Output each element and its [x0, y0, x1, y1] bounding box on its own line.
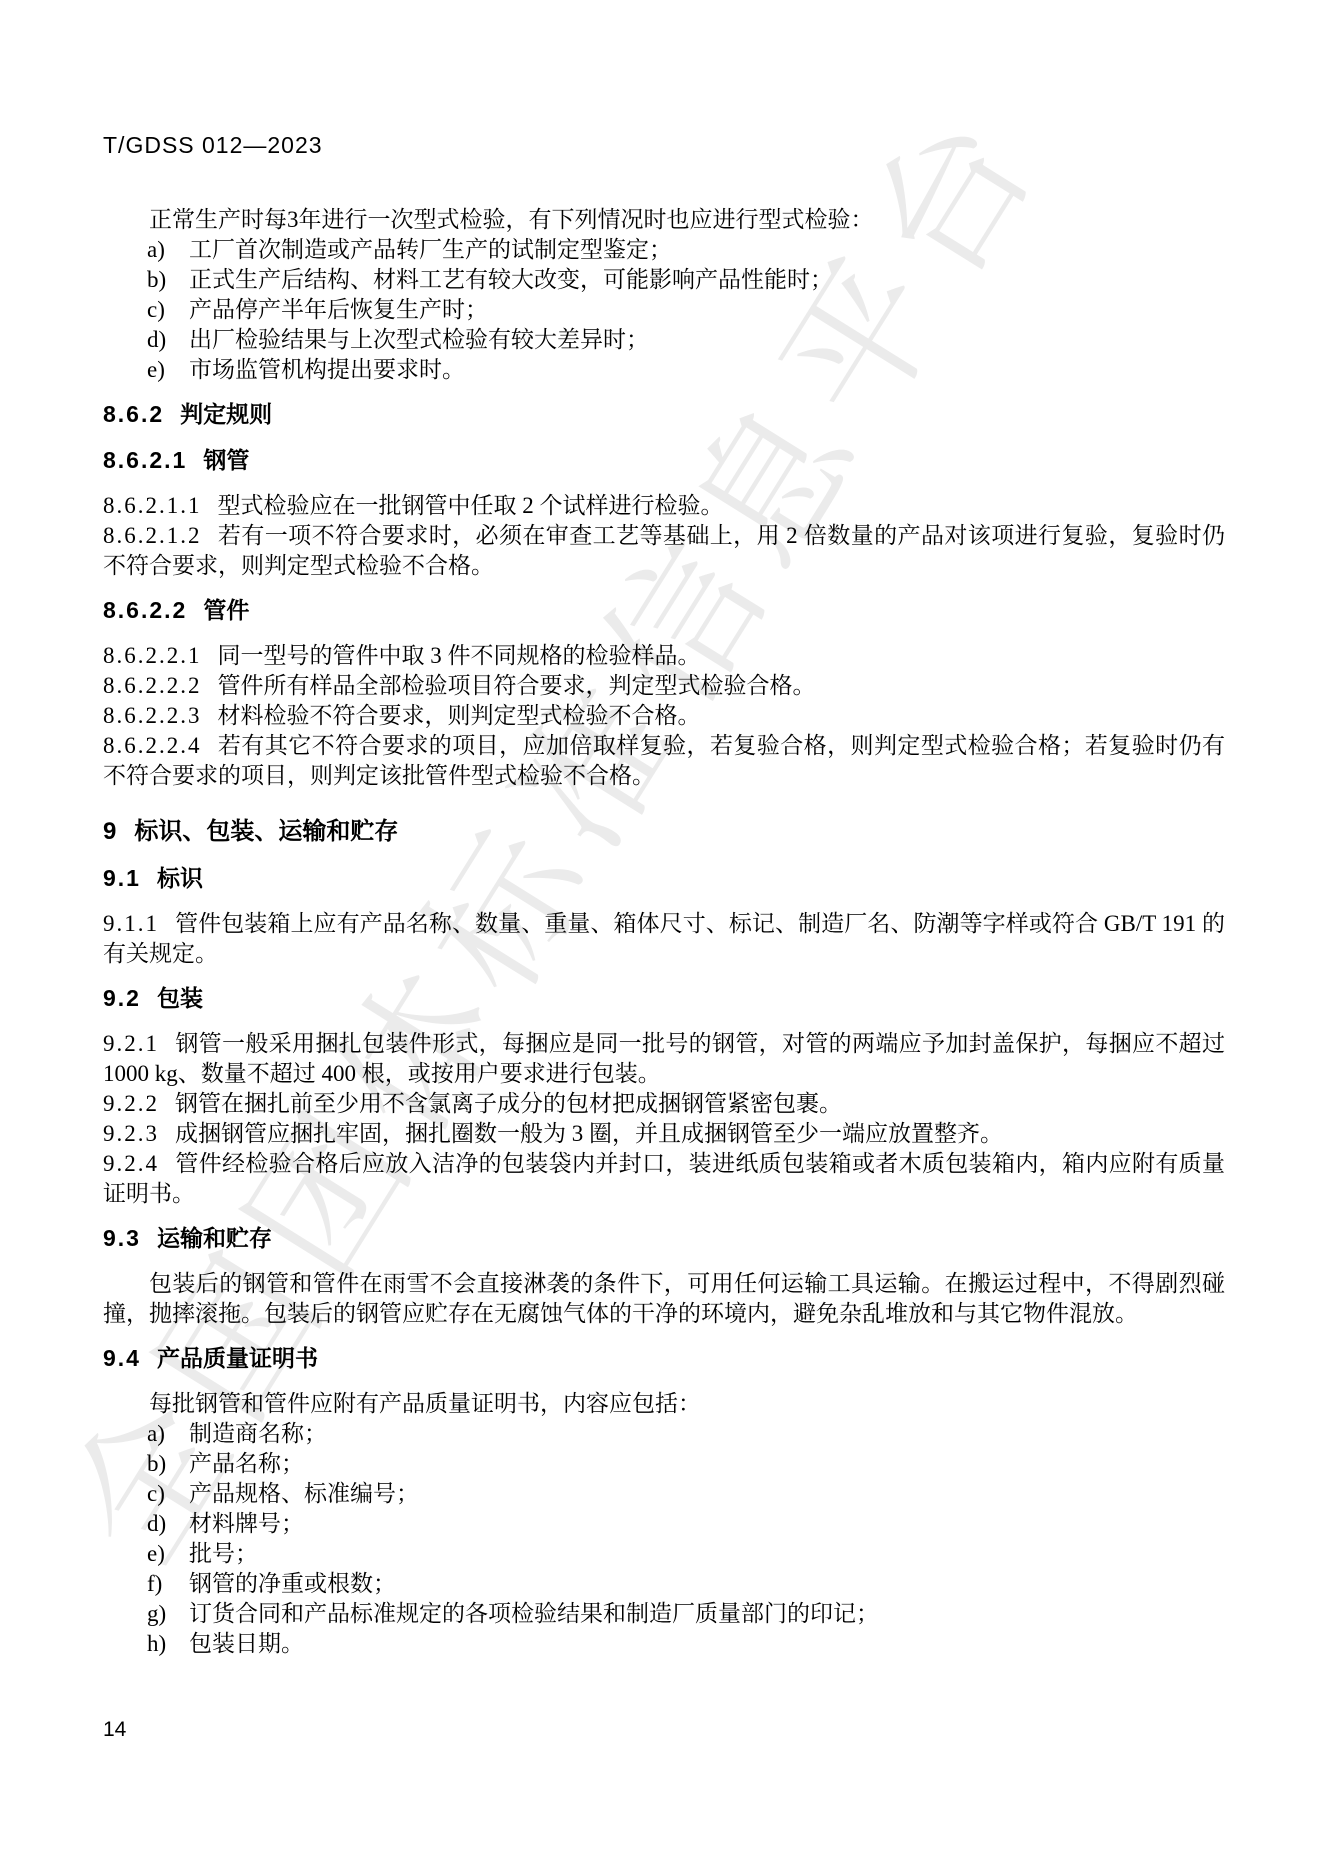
list-item: f)钢管的净重或根数； — [103, 1569, 1225, 1599]
list-label: d) — [147, 1509, 189, 1539]
list-item: b)正式生产后结构、材料工艺有较大改变，可能影响产品性能时； — [103, 265, 1225, 295]
list-text: 出厂检验结果与上次型式检验有较大差异时； — [189, 327, 649, 352]
list-item: e)批号； — [103, 1539, 1225, 1569]
list-item: g)订货合同和产品标准规定的各项检验结果和制造厂质量部门的印记； — [103, 1599, 1225, 1629]
clause-number: 8.6.2.2.3 — [103, 703, 202, 728]
clause-text: 钢管在捆扎前至少用不含氯离子成分的包材把成捆钢管紧密包裹。 — [175, 1091, 842, 1116]
list-label: b) — [147, 1449, 189, 1479]
list-item: d)材料牌号； — [103, 1509, 1225, 1539]
list-label: a) — [147, 235, 189, 265]
list-label: h) — [147, 1629, 189, 1659]
heading-8-6-2: 8.6.2判定规则 — [103, 399, 1225, 429]
list-text: 包装日期。 — [189, 1631, 304, 1656]
clause-number: 8.6.2.2.1 — [103, 643, 202, 668]
list-text: 产品规格、标准编号； — [189, 1481, 419, 1506]
list-item: d)出厂检验结果与上次型式检验有较大差异时； — [103, 325, 1225, 355]
clause-text: 同一型号的管件中取 3 件不同规格的检验样品。 — [218, 643, 701, 668]
list-item: a)工厂首次制造或产品转厂生产的试制定型鉴定； — [103, 235, 1225, 265]
heading-number: 8.6.2 — [103, 401, 164, 427]
clause-number: 8.6.2.1.1 — [103, 493, 202, 518]
clause-text: 若有其它不符合要求的项目，应加倍取样复验，若复验合格，则判定型式检验合格；若复验… — [103, 733, 1225, 788]
list-item: a)制造商名称； — [103, 1419, 1225, 1449]
list-item: h)包装日期。 — [103, 1629, 1225, 1659]
heading-title: 产品质量证明书 — [157, 1345, 318, 1371]
list-text: 订货合同和产品标准规定的各项检验结果和制造厂质量部门的印记； — [189, 1601, 879, 1626]
clause-number: 9.2.2 — [103, 1091, 159, 1116]
clause-text: 钢管一般采用捆扎包装件形式，每捆应是同一批号的钢管，对管的两端应予加封盖保护，每… — [103, 1031, 1225, 1086]
list-label: b) — [147, 265, 189, 295]
transport-storage-paragraph: 包装后的钢管和管件在雨雪不会直接淋袭的条件下，可用任何运输工具运输。在搬运过程中… — [103, 1269, 1225, 1329]
heading-9: 9标识、包装、运输和贮存 — [103, 817, 1225, 847]
heading-title: 包装 — [157, 985, 203, 1011]
heading-title: 管件 — [203, 597, 249, 623]
list-label: c) — [147, 1479, 189, 1509]
clause-number: 8.6.2.2.4 — [103, 733, 202, 758]
clause-8-6-2-1-2: 8.6.2.1.2若有一项不符合要求时，必须在审查工艺等基础上，用 2 倍数量的… — [103, 521, 1225, 581]
list-label: e) — [147, 355, 189, 385]
clause-text: 成捆钢管应捆扎牢固，捆扎圈数一般为 3 圈，并且成捆钢管至少一端应放置整齐。 — [175, 1121, 1003, 1146]
heading-number: 9.2 — [103, 985, 141, 1011]
heading-title: 标识、包装、运输和贮存 — [134, 818, 398, 845]
clause-text: 管件经检验合格后应放入洁净的包装袋内并封口，装进纸质包装箱或者木质包装箱内，箱内… — [103, 1151, 1225, 1206]
list-item: c)产品规格、标准编号； — [103, 1479, 1225, 1509]
clause-number: 9.2.4 — [103, 1151, 159, 1176]
clause-8-6-2-2-4: 8.6.2.2.4若有其它不符合要求的项目，应加倍取样复验，若复验合格，则判定型… — [103, 731, 1225, 791]
list-text: 产品名称； — [189, 1451, 304, 1476]
list-text: 制造商名称； — [189, 1421, 327, 1446]
clause-9-2-1: 9.2.1钢管一般采用捆扎包装件形式，每捆应是同一批号的钢管，对管的两端应予加封… — [103, 1029, 1225, 1089]
heading-9-4: 9.4产品质量证明书 — [103, 1343, 1225, 1373]
clause-8-6-2-2-3: 8.6.2.2.3材料检验不符合要求，则判定型式检验不合格。 — [103, 701, 1225, 731]
heading-number: 9.4 — [103, 1345, 141, 1371]
list-text: 工厂首次制造或产品转厂生产的试制定型鉴定； — [189, 237, 672, 262]
heading-9-1: 9.1标识 — [103, 863, 1225, 893]
document-page: { "doc": { "header": "T/GDSS 012—2023", … — [0, 0, 1323, 1871]
list-label: e) — [147, 1539, 189, 1569]
heading-number: 8.6.2.2 — [103, 597, 187, 623]
list-text: 钢管的净重或根数； — [189, 1571, 396, 1596]
clause-9-2-3: 9.2.3成捆钢管应捆扎牢固，捆扎圈数一般为 3 圈，并且成捆钢管至少一端应放置… — [103, 1119, 1225, 1149]
list-label: g) — [147, 1599, 189, 1629]
list-label: f) — [147, 1569, 189, 1599]
list-text: 正式生产后结构、材料工艺有较大改变，可能影响产品性能时； — [189, 267, 833, 292]
clause-number: 8.6.2.2.2 — [103, 673, 202, 698]
list-text: 材料牌号； — [189, 1511, 304, 1536]
clause-text: 型式检验应在一批钢管中任取 2 个试样进行检验。 — [218, 493, 724, 518]
clause-number: 9.2.1 — [103, 1031, 159, 1056]
clause-number: 9.1.1 — [103, 911, 159, 936]
heading-number: 9.3 — [103, 1225, 141, 1251]
heading-9-3: 9.3运输和贮存 — [103, 1223, 1225, 1253]
clause-text: 材料检验不符合要求，则判定型式检验不合格。 — [218, 703, 701, 728]
type-check-intro: 正常生产时每3年进行一次型式检验，有下列情况时也应进行型式检验： — [103, 205, 1225, 235]
heading-number: 9 — [103, 818, 118, 845]
clause-8-6-2-2-1: 8.6.2.2.1同一型号的管件中取 3 件不同规格的检验样品。 — [103, 641, 1225, 671]
heading-title: 判定规则 — [180, 401, 272, 427]
list-label: c) — [147, 295, 189, 325]
list-item: b)产品名称； — [103, 1449, 1225, 1479]
clause-text: 管件所有样品全部检验项目符合要求，判定型式检验合格。 — [218, 673, 816, 698]
heading-title: 标识 — [157, 865, 203, 891]
list-item: c)产品停产半年后恢复生产时； — [103, 295, 1225, 325]
clause-9-2-4: 9.2.4管件经检验合格后应放入洁净的包装袋内并封口，装进纸质包装箱或者木质包装… — [103, 1149, 1225, 1209]
heading-number: 9.1 — [103, 865, 141, 891]
list-text: 产品停产半年后恢复生产时； — [189, 297, 488, 322]
clause-text: 若有一项不符合要求时，必须在审查工艺等基础上，用 2 倍数量的产品对该项进行复验… — [103, 523, 1225, 578]
heading-title: 钢管 — [203, 447, 249, 473]
clause-9-2-2: 9.2.2钢管在捆扎前至少用不含氯离子成分的包材把成捆钢管紧密包裹。 — [103, 1089, 1225, 1119]
clause-number: 8.6.2.1.2 — [103, 523, 202, 548]
page-number: 14 — [103, 1718, 126, 1742]
heading-8-6-2-1: 8.6.2.1钢管 — [103, 445, 1225, 475]
clause-text: 管件包装箱上应有产品名称、数量、重量、箱体尺寸、标记、制造厂名、防潮等字样或符合… — [103, 911, 1225, 966]
clause-9-1-1: 9.1.1管件包装箱上应有产品名称、数量、重量、箱体尺寸、标记、制造厂名、防潮等… — [103, 909, 1225, 969]
clause-8-6-2-2-2: 8.6.2.2.2管件所有样品全部检验项目符合要求，判定型式检验合格。 — [103, 671, 1225, 701]
list-text: 市场监管机构提出要求时。 — [189, 357, 465, 382]
page-content: 正常生产时每3年进行一次型式检验，有下列情况时也应进行型式检验： a)工厂首次制… — [103, 205, 1225, 1659]
standard-code-header: T/GDSS 012—2023 — [103, 132, 323, 159]
list-label: d) — [147, 325, 189, 355]
heading-number: 8.6.2.1 — [103, 447, 187, 473]
clause-number: 9.2.3 — [103, 1121, 159, 1146]
heading-title: 运输和贮存 — [157, 1225, 272, 1251]
list-item: e)市场监管机构提出要求时。 — [103, 355, 1225, 385]
heading-8-6-2-2: 8.6.2.2管件 — [103, 595, 1225, 625]
list-label: a) — [147, 1419, 189, 1449]
list-text: 批号； — [189, 1541, 258, 1566]
certificate-intro: 每批钢管和管件应附有产品质量证明书，内容应包括： — [103, 1389, 1225, 1419]
clause-8-6-2-1-1: 8.6.2.1.1型式检验应在一批钢管中任取 2 个试样进行检验。 — [103, 491, 1225, 521]
heading-9-2: 9.2包装 — [103, 983, 1225, 1013]
